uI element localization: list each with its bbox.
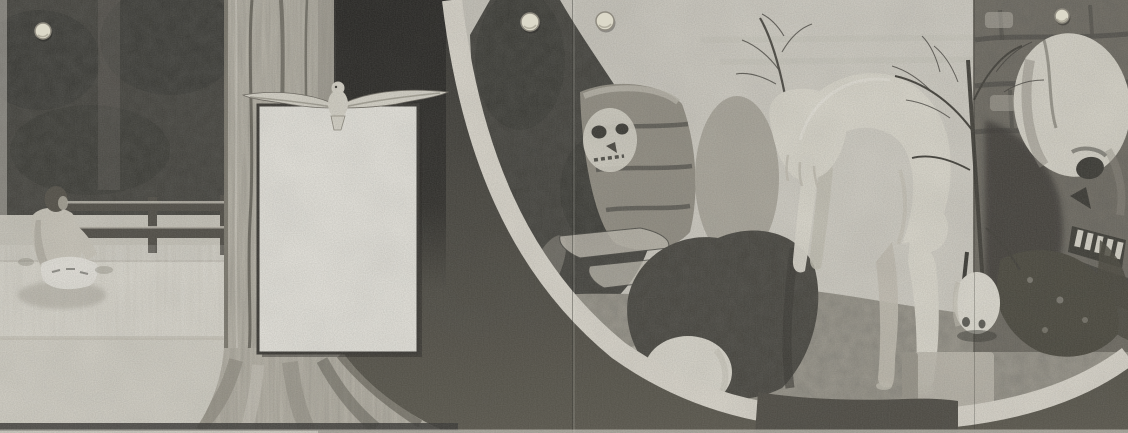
grain-light-overlay — [0, 0, 1128, 433]
artwork-collage — [0, 0, 1128, 433]
collage-canvas — [0, 0, 1128, 433]
